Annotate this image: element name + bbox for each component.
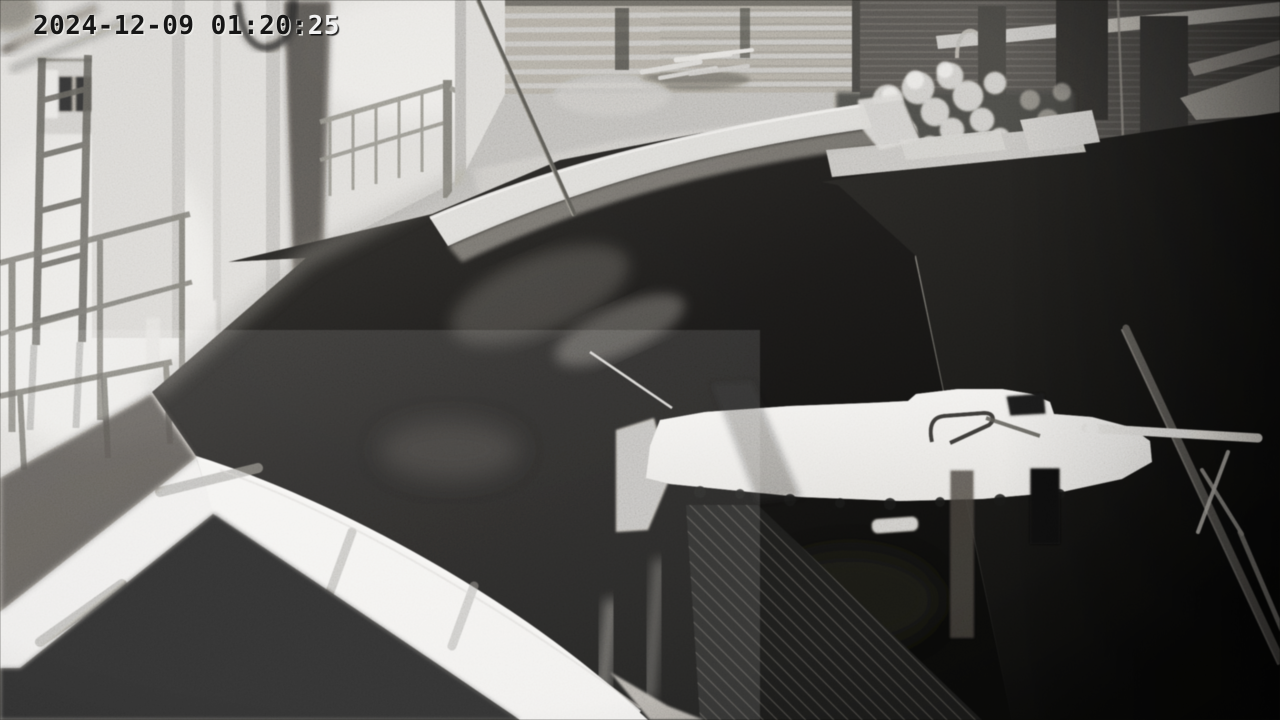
cctv-frame: 2024-12-09 01:20:25 — [0, 0, 1280, 720]
cctv-scene — [0, 0, 1280, 720]
timestamp-overlay: 2024-12-09 01:20:25 — [33, 13, 340, 39]
timestamp-date-time: 2024-12-09 01:20: — [33, 11, 308, 41]
snow-sparkle-grain — [0, 330, 760, 720]
timestamp-seconds: 25 — [308, 11, 340, 41]
